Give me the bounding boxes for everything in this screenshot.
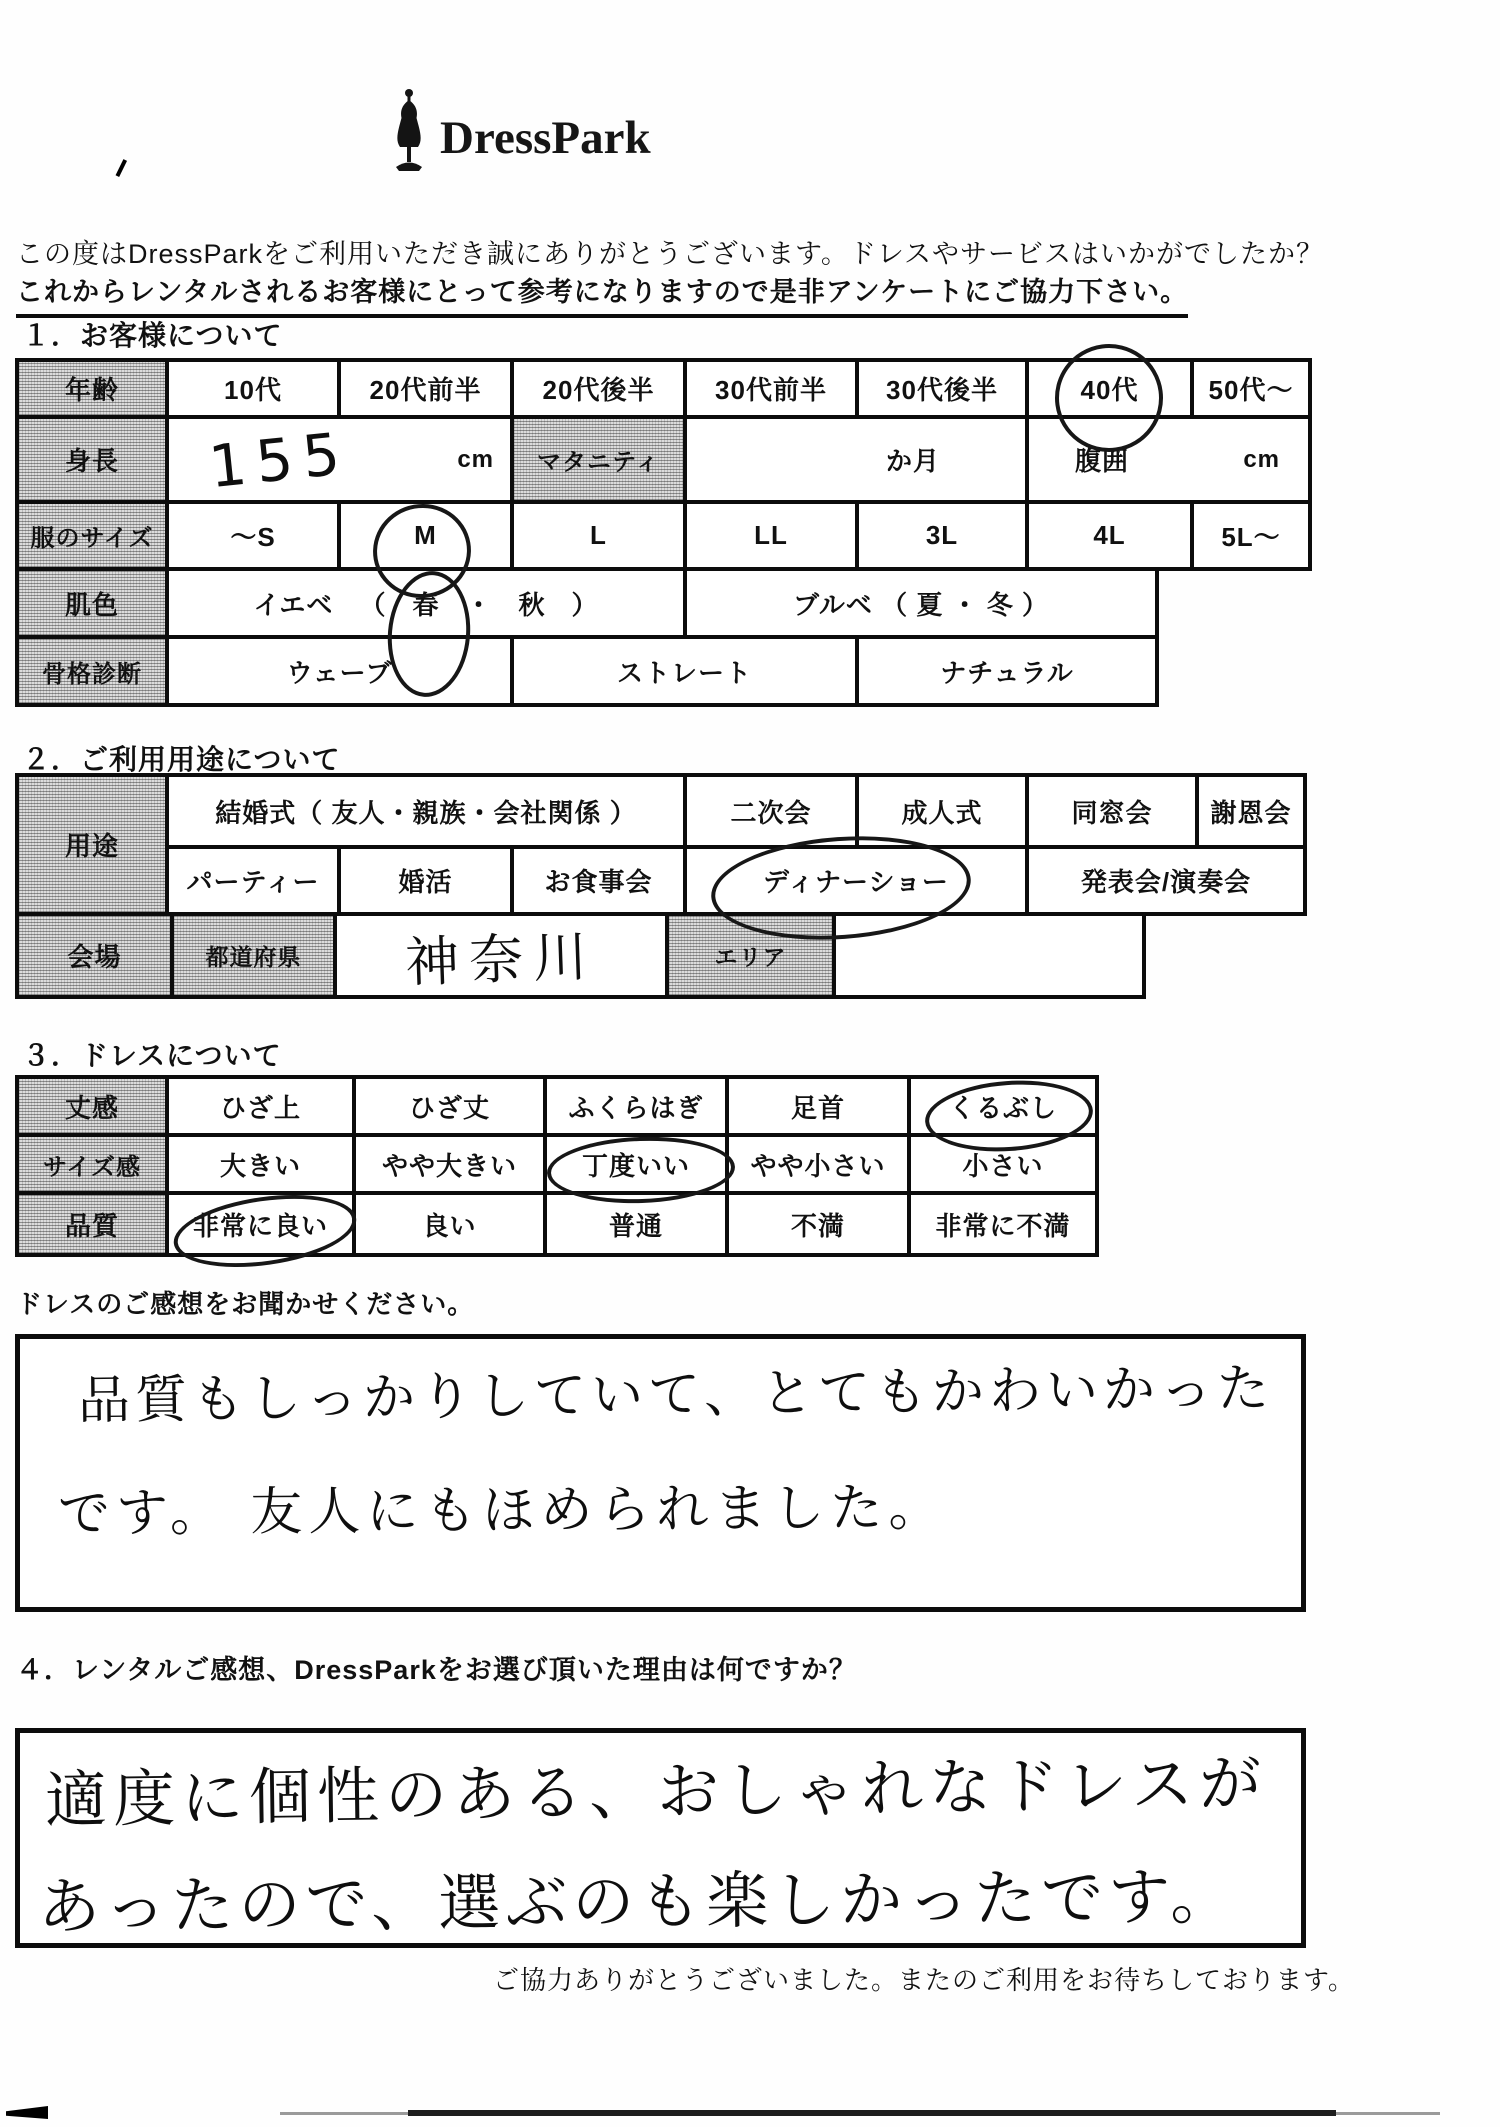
section1-heading: １．お客様について bbox=[22, 314, 282, 354]
quality-label-cell: 品質 bbox=[15, 1191, 169, 1257]
area-value-cell bbox=[832, 912, 1146, 999]
scanned-survey-page: DressPark この度はDressParkをご利用いただき誠にありがとうござ… bbox=[0, 0, 1500, 2127]
size-option: L bbox=[510, 500, 687, 571]
prefecture-label-cell: 都道府県 bbox=[170, 912, 337, 999]
fit-option: 大きい bbox=[165, 1133, 356, 1195]
age-option-selected: 40代 bbox=[1025, 358, 1194, 419]
height-label-cell: 身長 bbox=[15, 415, 169, 504]
size-option-selected: M bbox=[337, 500, 514, 571]
size-option: ～S bbox=[165, 500, 341, 571]
handwritten-comment-line: 品質もしっかりしていて、とてもかわいかった bbox=[78, 1346, 1275, 1434]
size-label-cell: 服のサイズ bbox=[15, 500, 169, 571]
purpose-option: パーティー bbox=[165, 845, 341, 916]
maternity-months-cell: か月 bbox=[683, 415, 1029, 504]
purpose-option: 婚活 bbox=[337, 845, 514, 916]
venue-label-cell: 会場 bbox=[15, 912, 174, 999]
length-option: 足首 bbox=[725, 1075, 911, 1137]
skin-warm-cell: イエベ （ 春 ・ 秋 ） bbox=[165, 567, 687, 639]
length-label-cell: 丈感 bbox=[15, 1075, 169, 1137]
purpose-label-cell: 用途 bbox=[15, 773, 169, 916]
fit-option: やや大きい bbox=[352, 1133, 547, 1195]
age-label-cell: 年齢 bbox=[15, 358, 169, 419]
handwritten-comment-line: あったので、選ぶのも楽しかったです。 bbox=[38, 1847, 1238, 1946]
quality-option-selected: 非常に良い bbox=[165, 1191, 356, 1257]
age-option: 10代 bbox=[165, 358, 341, 419]
quality-option: 不満 bbox=[725, 1191, 911, 1257]
size-option: 5L～ bbox=[1190, 500, 1312, 571]
age-option: 50代～ bbox=[1190, 358, 1312, 419]
logo-text: DressPark bbox=[440, 115, 651, 172]
purpose-option: 謝恩会 bbox=[1195, 773, 1307, 849]
dress-form-icon bbox=[386, 88, 432, 172]
size-option: 4L bbox=[1025, 500, 1194, 571]
size-option: 3L bbox=[855, 500, 1029, 571]
quality-option: 普通 bbox=[543, 1191, 729, 1257]
fit-option-selected: 丁度いい bbox=[543, 1133, 729, 1195]
stray-pen-mark bbox=[103, 153, 127, 177]
frame-option: ストレート bbox=[510, 635, 859, 707]
size-option: LL bbox=[683, 500, 859, 571]
scan-artifact-line bbox=[408, 2110, 1336, 2116]
frame-option: ウェーブ bbox=[165, 635, 514, 707]
dress-comment-prompt: ドレスのご感想をお聞かせください。 bbox=[16, 1284, 474, 1321]
length-option-selected: くるぶし bbox=[907, 1075, 1099, 1137]
age-option: 30代前半 bbox=[683, 358, 859, 419]
skin-cool-cell: ブルベ （ 夏 ・ 冬 ） bbox=[683, 567, 1159, 639]
length-option: ひざ上 bbox=[165, 1075, 356, 1137]
age-option: 20代前半 bbox=[337, 358, 514, 419]
skin-warm-spring: 春 bbox=[412, 585, 439, 622]
prefecture-value-cell: 神奈川 bbox=[333, 912, 669, 999]
frame-label-cell: 骨格診断 bbox=[15, 635, 169, 707]
fit-option: 小さい bbox=[907, 1133, 1099, 1195]
section4-heading: ４．レンタルご感想、DressParkをお選び頂いた理由は何ですか？ bbox=[16, 1648, 857, 1687]
purpose-option: 結婚式（ 友人・親族・会社関係 ） bbox=[165, 773, 687, 849]
purpose-option: 成人式 bbox=[855, 773, 1029, 849]
quality-option: 良い bbox=[352, 1191, 547, 1257]
girth-cell: 腹囲 cm bbox=[1025, 415, 1312, 504]
section3-heading: ３．ドレスについて bbox=[22, 1034, 282, 1074]
age-option: 30代後半 bbox=[855, 358, 1029, 419]
fit-option: やや小さい bbox=[725, 1133, 911, 1195]
handwritten-comment-line: です。 友人にもほめられました。 bbox=[58, 1465, 947, 1546]
purpose-option-selected: ディナーショー bbox=[683, 845, 1029, 916]
height-value-cell: 155 cm bbox=[165, 415, 514, 504]
section2-heading: ２．ご利用用途について bbox=[22, 738, 340, 778]
handwritten-comment-line: 適度に個性のある、おしゃれなドレスが bbox=[44, 1733, 1267, 1839]
footer-thanks: ご協力ありがとうございました。またのご利用をお待ちしております。 bbox=[493, 1960, 1355, 1997]
frame-option: ナチュラル bbox=[855, 635, 1159, 707]
scan-artifact-blob bbox=[6, 2106, 48, 2119]
quality-option: 非常に不満 bbox=[907, 1191, 1099, 1257]
skin-label-cell: 肌色 bbox=[15, 567, 169, 639]
fit-label-cell: サイズ感 bbox=[15, 1133, 169, 1195]
height-unit: cm bbox=[457, 446, 494, 474]
intro-line-2: これからレンタルされるお客様にとって参考になりますので是非アンケートにご協力下さ… bbox=[16, 270, 1188, 318]
purpose-option: 二次会 bbox=[683, 773, 859, 849]
girth-unit: cm bbox=[1243, 446, 1280, 474]
intro-line-1: この度はDressParkをご利用いただき誠にありがとうございます。ドレスやサー… bbox=[16, 232, 1324, 271]
length-option: ふくらはぎ bbox=[543, 1075, 729, 1137]
purpose-option: 同窓会 bbox=[1025, 773, 1199, 849]
area-label-cell: エリア bbox=[665, 912, 836, 999]
purpose-option: お食事会 bbox=[510, 845, 687, 916]
purpose-option: 発表会/演奏会 bbox=[1025, 845, 1307, 916]
handwritten-height-value: 155 bbox=[206, 418, 353, 500]
age-option: 20代後半 bbox=[510, 358, 687, 419]
length-option: ひざ丈 bbox=[352, 1075, 547, 1137]
handwritten-prefecture: 神奈川 bbox=[404, 914, 599, 998]
logo: DressPark bbox=[386, 88, 651, 172]
maternity-cell: マタニティ bbox=[510, 415, 687, 504]
